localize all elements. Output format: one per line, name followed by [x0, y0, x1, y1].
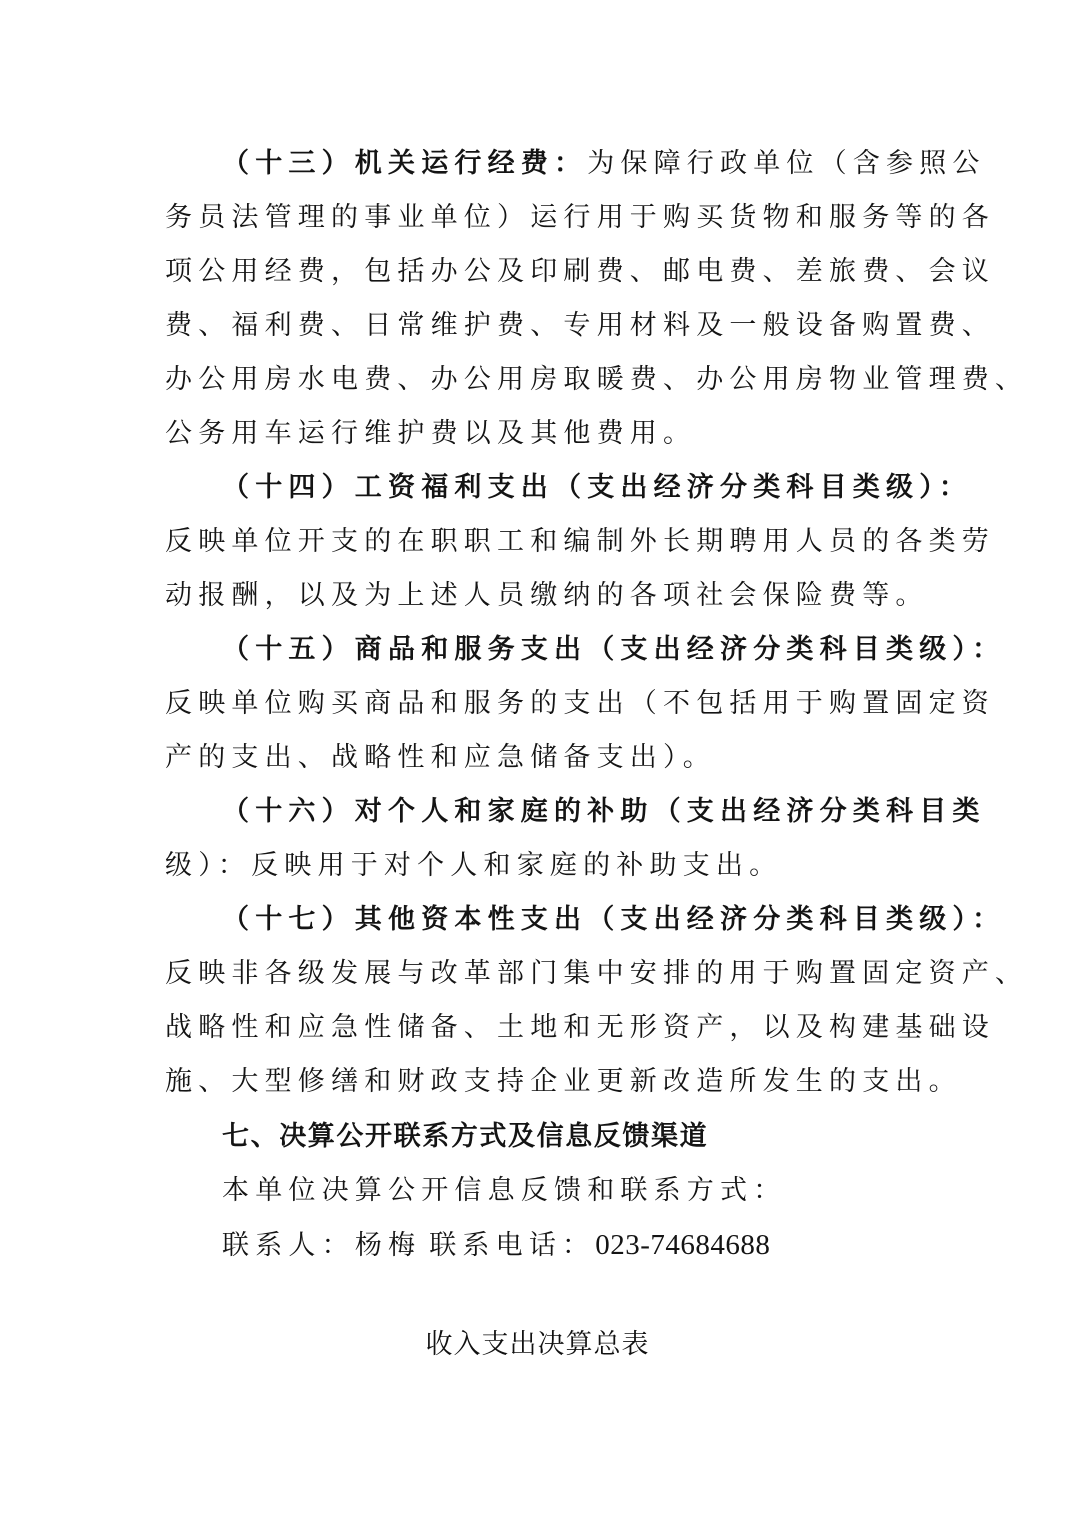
- section-17-label: （十七）其他资本性支出（支出经济分类科目类级）：: [222, 900, 982, 940]
- section-15-line-2: 产的支出、战略性和应急储备支出）。: [165, 738, 925, 778]
- section-17-line-3: 施、大型修缮和财政支持企业更新改造所发生的支出。: [165, 1062, 925, 1102]
- section-13-line-1: （十三）机关运行经费：为保障行政单位（含参照公: [222, 144, 982, 184]
- contact-person-name: 杨梅: [355, 1230, 421, 1261]
- section-16-line-1: 级）：反映用于对个人和家庭的补助支出。: [165, 846, 925, 886]
- section-13-label: （十三）机关运行经费：: [222, 148, 587, 179]
- section-14-line-1: 反映单位开支的在职职工和编制外长期聘用人员的各类劳: [165, 522, 925, 562]
- section-13-text: 为保障行政单位（含参照公: [587, 148, 985, 179]
- section-13-line-5: 办公用房水电费、办公用房取暖费、办公用房物业管理费、: [165, 360, 925, 400]
- section-15-label: （十五）商品和服务支出（支出经济分类科目类级）：: [222, 630, 982, 670]
- section-17-line-2: 战略性和应急性储备、土地和无形资产，以及构建基础设: [165, 1008, 925, 1048]
- contact-line: 联系人：杨梅联系电话：023-74684688: [222, 1225, 982, 1266]
- section-13-line-6: 公务用车运行维护费以及其他费用。: [165, 414, 925, 454]
- section-13-line-4: 费、福利费、日常维护费、专用材料及一般设备购置费、: [165, 306, 925, 346]
- section-14-line-2: 动报酬，以及为上述人员缴纳的各项社会保险费等。: [165, 576, 925, 616]
- section-14-label: （十四）工资福利支出（支出经济分类科目类级）：: [222, 468, 982, 508]
- contact-section-heading: 七、决算公开联系方式及信息反馈渠道: [222, 1117, 982, 1157]
- section-17-line-1: 反映非各级发展与改革部门集中安排的用于购置固定资产、: [165, 954, 925, 994]
- contact-phone-number: 023-74684688: [595, 1229, 770, 1261]
- section-13-line-2: 务员法管理的事业单位）运行用于购买货物和服务等的各: [165, 198, 925, 238]
- section-15-line-1: 反映单位购买商品和服务的支出（不包括用于购置固定资: [165, 684, 925, 724]
- section-13-line-3: 项公用经费，包括办公及印刷费、邮电费、差旅费、会议: [165, 252, 925, 292]
- contact-phone-label: 联系电话：: [429, 1230, 595, 1261]
- contact-person-label: 联系人：: [222, 1230, 355, 1261]
- section-16-label: （十六）对个人和家庭的补助（支出经济分类科目类: [222, 792, 982, 832]
- table-title: 收入支出决算总表: [0, 1325, 1075, 1365]
- contact-intro: 本单位决算公开信息反馈和联系方式：: [222, 1171, 982, 1211]
- document-page: （十三）机关运行经费：为保障行政单位（含参照公 务员法管理的事业单位）运行用于购…: [0, 0, 1075, 1520]
